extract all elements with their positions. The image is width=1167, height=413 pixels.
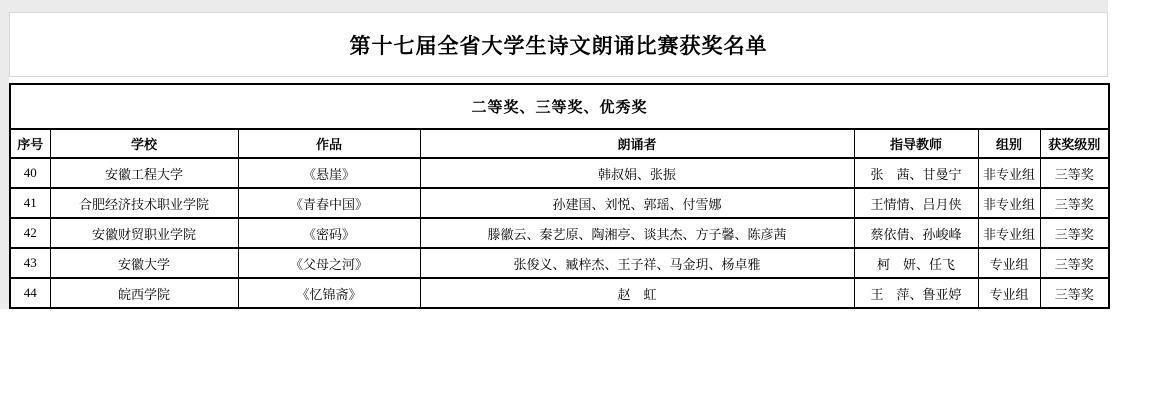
cell-teachers: 柯 妍、任飞 bbox=[854, 248, 978, 278]
cell-school: 安徽大学 bbox=[50, 248, 238, 278]
cell-school: 合肥经济技术职业学院 bbox=[50, 188, 238, 218]
cell-teachers: 王情情、吕月侠 bbox=[854, 188, 978, 218]
cell-reciters: 滕徽云、秦艺原、陶湘亭、谈其杰、方子馨、陈彦茜 bbox=[420, 218, 854, 248]
table-row: 40 安徽工程大学 《悬崖》 韩叔娟、张振 张 茜、甘曼宁 非专业组 三等奖 bbox=[10, 158, 1109, 188]
table-header-row: 序号 学校 作品 朗诵者 指导教师 组别 获奖级别 bbox=[10, 129, 1109, 158]
cell-teachers: 蔡依倩、孙峻峰 bbox=[854, 218, 978, 248]
section-title: 二等奖、三等奖、优秀奖 bbox=[10, 84, 1109, 129]
title-band: 第十七届全省大学生诗文朗诵比赛获奖名单 bbox=[9, 12, 1108, 77]
cell-group: 非专业组 bbox=[978, 158, 1040, 188]
page-margin-top bbox=[0, 0, 1108, 12]
section-title-row: 二等奖、三等奖、优秀奖 bbox=[10, 84, 1109, 129]
cell-work: 《密码》 bbox=[238, 218, 420, 248]
cell-award: 三等奖 bbox=[1040, 188, 1109, 218]
cell-work: 《父母之河》 bbox=[238, 248, 420, 278]
cell-reciters: 张俊义、臧梓杰、王子祥、马金玥、杨卓雅 bbox=[420, 248, 854, 278]
table-row: 41 合肥经济技术职业学院 《青春中国》 孙建国、刘悦、郭瑶、付雪娜 王情情、吕… bbox=[10, 188, 1109, 218]
award-table: 二等奖、三等奖、优秀奖 序号 学校 作品 朗诵者 指导教师 组别 获奖级别 40… bbox=[9, 83, 1110, 309]
cell-group: 专业组 bbox=[978, 248, 1040, 278]
column-header-group: 组别 bbox=[978, 129, 1040, 158]
cell-group: 专业组 bbox=[978, 278, 1040, 308]
document-page: 第十七届全省大学生诗文朗诵比赛获奖名单 二等奖、三等奖、优秀奖 序号 学校 作品… bbox=[0, 0, 1167, 413]
cell-reciters: 韩叔娟、张振 bbox=[420, 158, 854, 188]
cell-award: 三等奖 bbox=[1040, 278, 1109, 308]
cell-group: 非专业组 bbox=[978, 188, 1040, 218]
cell-work: 《青春中国》 bbox=[238, 188, 420, 218]
cell-no: 42 bbox=[10, 218, 50, 248]
cell-reciters: 赵 虹 bbox=[420, 278, 854, 308]
cell-school: 安徽工程大学 bbox=[50, 158, 238, 188]
cell-work: 《悬崖》 bbox=[238, 158, 420, 188]
cell-teachers: 张 茜、甘曼宁 bbox=[854, 158, 978, 188]
column-header-no: 序号 bbox=[10, 129, 50, 158]
cell-group: 非专业组 bbox=[978, 218, 1040, 248]
cell-no: 44 bbox=[10, 278, 50, 308]
cell-school: 皖西学院 bbox=[50, 278, 238, 308]
column-header-teachers: 指导教师 bbox=[854, 129, 978, 158]
cell-reciters: 孙建国、刘悦、郭瑶、付雪娜 bbox=[420, 188, 854, 218]
column-header-school: 学校 bbox=[50, 129, 238, 158]
cell-award: 三等奖 bbox=[1040, 158, 1109, 188]
page-title: 第十七届全省大学生诗文朗诵比赛获奖名单 bbox=[350, 30, 768, 60]
column-header-award: 获奖级别 bbox=[1040, 129, 1109, 158]
cell-teachers: 王 萍、鲁亚婷 bbox=[854, 278, 978, 308]
cell-no: 40 bbox=[10, 158, 50, 188]
table-row: 43 安徽大学 《父母之河》 张俊义、臧梓杰、王子祥、马金玥、杨卓雅 柯 妍、任… bbox=[10, 248, 1109, 278]
cell-no: 41 bbox=[10, 188, 50, 218]
cell-school: 安徽财贸职业学院 bbox=[50, 218, 238, 248]
table-row: 44 皖西学院 《忆锦斋》 赵 虹 王 萍、鲁亚婷 专业组 三等奖 bbox=[10, 278, 1109, 308]
cell-work: 《忆锦斋》 bbox=[238, 278, 420, 308]
cell-no: 43 bbox=[10, 248, 50, 278]
cell-award: 三等奖 bbox=[1040, 218, 1109, 248]
column-header-reciters: 朗诵者 bbox=[420, 129, 854, 158]
cell-award: 三等奖 bbox=[1040, 248, 1109, 278]
table-row: 42 安徽财贸职业学院 《密码》 滕徽云、秦艺原、陶湘亭、谈其杰、方子馨、陈彦茜… bbox=[10, 218, 1109, 248]
page-margin-left bbox=[0, 0, 9, 309]
column-header-work: 作品 bbox=[238, 129, 420, 158]
